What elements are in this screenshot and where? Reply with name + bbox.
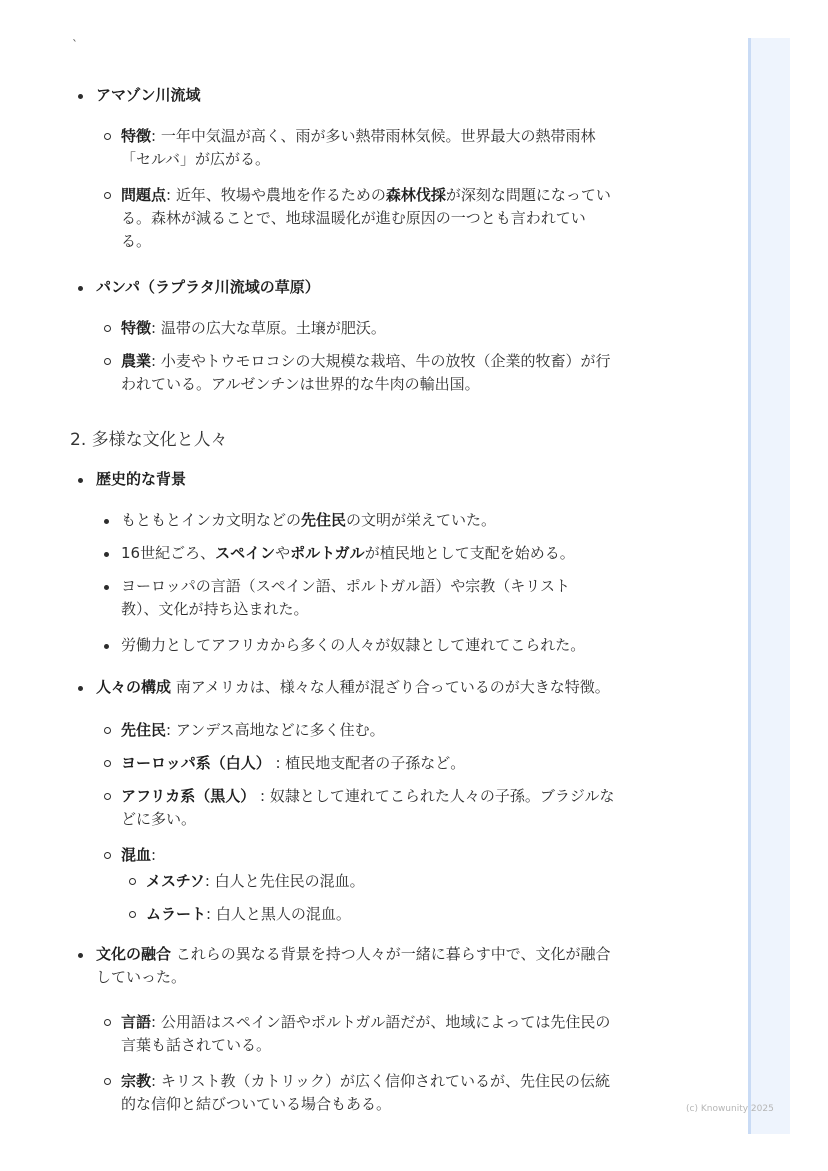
text: 温帯の広大な草原。土壌が肥沃。	[161, 319, 386, 337]
list-item-history: もともとインカ文明などの先住民の文明が栄えていた。	[121, 509, 641, 532]
text: や	[275, 544, 290, 562]
label: メスチソ	[146, 872, 205, 890]
title: 歴史的な背景	[96, 470, 186, 488]
sep: :	[205, 872, 215, 890]
sep: :	[206, 905, 216, 923]
copyright-footer: (c) Knowunity 2025	[686, 1104, 774, 1114]
text: 小麦やトウモロコシの大規模な栽培、牛の放牧（企業的牧畜）が行	[161, 352, 611, 370]
label: 特徴	[121, 127, 151, 145]
culture-title: 文化の融合 これらの異なる背景を持つ人々が一緒に暮らす中で、文化が融合 していっ…	[96, 943, 656, 989]
sep: :	[166, 721, 176, 739]
text: の文明が栄えていた。	[346, 511, 496, 529]
bullet-disc-icon	[78, 478, 83, 483]
list-item-culture: 宗教: キリスト教（カトリック）が広く信仰されているが、先住民の伝統 的な信仰と…	[121, 1070, 641, 1116]
label: 農業	[121, 352, 151, 370]
bullet-circle-icon	[104, 1019, 111, 1026]
side-panel	[748, 38, 790, 1134]
list-item-history: ヨーロッパの言語（スペイン語、ポルトガル語）や宗教（キリスト 教）、文化が持ち込…	[121, 575, 641, 621]
list-item-history: 労働力としてアフリカから多くの人々が奴隷として連れてこられた。	[121, 634, 641, 657]
amazon-title: アマゾン川流域	[96, 86, 201, 104]
sep: :	[255, 787, 270, 805]
text: これらの異なる背景を持つ人々が一緒に暮らす中で、文化が融合	[171, 945, 610, 963]
text: る。森林が減ることで、地球温暖化が進む原因の一つとも言われてい	[121, 209, 586, 227]
bullet-disc-icon	[78, 686, 83, 691]
bold-text: ポルトガル	[290, 544, 365, 562]
bullet-circle-icon	[104, 760, 111, 767]
bullet-circle-icon	[104, 133, 111, 140]
bullet-disc-icon	[78, 286, 83, 291]
label: アフリカ系（黒人）	[121, 787, 255, 805]
bold-text: 先住民	[301, 511, 346, 529]
label: 先住民	[121, 721, 166, 739]
title: 人々の構成	[96, 678, 171, 696]
list-item-pampa-feature: 特徴: 温帯の広大な草原。土壌が肥沃。	[121, 317, 641, 340]
bullet-disc-icon	[104, 552, 109, 557]
text: われている。アルゼンチンは世界的な牛肉の輸出国。	[121, 375, 480, 393]
sep: :	[151, 127, 161, 145]
text: 教）、文化が持ち込まれた。	[121, 600, 309, 618]
sep: :	[151, 1013, 161, 1031]
text: が深刻な問題になってい	[446, 186, 611, 204]
sep: :	[166, 186, 176, 204]
bullet-circle-icon	[129, 911, 136, 918]
section-title-amazon: アマゾン川流域	[96, 84, 201, 107]
list-item-pampa-agriculture: 農業: 小麦やトウモロコシの大規模な栽培、牛の放牧（企業的牧畜）が行 われている…	[121, 350, 641, 396]
list-item-people: 先住民: アンデス高地などに多く住む。	[121, 719, 641, 742]
bullet-circle-icon	[104, 1078, 111, 1085]
text: どに多い。	[121, 810, 196, 828]
label: ムラート	[146, 905, 206, 923]
bullet-disc-icon	[104, 644, 109, 649]
bullet-circle-icon	[104, 325, 111, 332]
text: 「セルバ」が広がる。	[121, 150, 270, 168]
list-item-people: 混血:	[121, 844, 641, 867]
list-item-mixed: ムラート: 白人と黒人の混血。	[146, 903, 646, 926]
label: 言語	[121, 1013, 151, 1031]
text: 労働力としてアフリカから多くの人々が奴隷として連れてこられた。	[121, 636, 585, 654]
text: 一年中気温が高く、雨が多い熱帯雨林気候。世界最大の熱帯雨林	[161, 127, 596, 145]
text: 植民地支配者の子孫など。	[285, 754, 465, 772]
document-page: ` アマゾン川流域 特徴: 一年中気温が高く、雨が多い熱帯雨林気候。世界最大の熱…	[0, 0, 828, 1171]
text: 16世紀ごろ、	[121, 544, 215, 562]
text: 近年、牧場や農地を作るための	[176, 186, 386, 204]
text: 白人と黒人の混血。	[216, 905, 351, 923]
text: 奴隷として連れてこられた人々の子孫。ブラジルな	[270, 787, 615, 805]
bullet-circle-icon	[104, 852, 111, 859]
text: キリスト教（カトリック）が広く信仰されているが、先住民の伝統	[161, 1072, 610, 1090]
bullet-circle-icon	[104, 727, 111, 734]
text: が植民地として支配を始める。	[365, 544, 575, 562]
bullet-circle-icon	[129, 878, 136, 885]
text: 公用語はスペイン語やポルトガル語だが、地域によっては先住民の	[161, 1013, 611, 1031]
text: アンデス高地などに多く住む。	[176, 721, 385, 739]
label: ヨーロッパ系（白人）	[121, 754, 271, 772]
text: 南アメリカは、様々な人種が混ざり合っているのが大きな特徴。	[171, 678, 610, 696]
stray-mark: `	[72, 38, 78, 52]
pampa-title: パンパ（ラプラタ川流域の草原）	[96, 278, 320, 296]
bold-text: スペイン	[215, 544, 275, 562]
bullet-disc-icon	[78, 953, 83, 958]
bullet-disc-icon	[104, 519, 109, 524]
text: る。	[121, 232, 151, 250]
bold-text: 森林伐採	[386, 186, 446, 204]
people-title: 人々の構成 南アメリカは、様々な人種が混ざり合っているのが大きな特徴。	[96, 676, 656, 699]
sep: :	[151, 319, 161, 337]
sep: :	[151, 846, 156, 864]
list-item-people: ヨーロッパ系（白人） : 植民地支配者の子孫など。	[121, 752, 641, 775]
label: 宗教	[121, 1072, 151, 1090]
text: 言葉も話されている。	[121, 1036, 271, 1054]
list-item-mixed: メスチソ: 白人と先住民の混血。	[146, 870, 646, 893]
list-item-amazon-feature: 特徴: 一年中気温が高く、雨が多い熱帯雨林気候。世界最大の熱帯雨林 「セルバ」が…	[121, 125, 641, 171]
history-title: 歴史的な背景	[96, 468, 186, 491]
section-heading: 2. 多様な文化と人々	[70, 428, 228, 452]
bullet-circle-icon	[104, 793, 111, 800]
text: もともとインカ文明などの	[121, 511, 301, 529]
sep: :	[151, 1072, 161, 1090]
bullet-circle-icon	[104, 358, 111, 365]
list-item-people: アフリカ系（黒人） : 奴隷として連れてこられた人々の子孫。ブラジルな どに多い…	[121, 785, 641, 831]
bullet-disc-icon	[104, 585, 109, 590]
text: していった。	[96, 968, 186, 986]
label: 混血	[121, 846, 151, 864]
text: 白人と先住民の混血。	[215, 872, 365, 890]
label: 特徴	[121, 319, 151, 337]
text: ヨーロッパの言語（スペイン語、ポルトガル語）や宗教（キリスト	[121, 577, 570, 595]
title: 文化の融合	[96, 945, 171, 963]
list-item-amazon-problem: 問題点: 近年、牧場や農地を作るための森林伐採が深刻な問題になってい る。森林が…	[121, 184, 641, 253]
list-item-history: 16世紀ごろ、スペインやポルトガルが植民地として支配を始める。	[121, 542, 641, 565]
label: 問題点	[121, 186, 166, 204]
text: 的な信仰と結びついている場合もある。	[121, 1095, 391, 1113]
list-item-culture: 言語: 公用語はスペイン語やポルトガル語だが、地域によっては先住民の 言葉も話さ…	[121, 1011, 641, 1057]
sep: :	[271, 754, 286, 772]
section-title-pampa: パンパ（ラプラタ川流域の草原）	[96, 276, 320, 299]
sep: :	[151, 352, 161, 370]
bullet-disc-icon	[78, 94, 83, 99]
bullet-circle-icon	[104, 192, 111, 199]
